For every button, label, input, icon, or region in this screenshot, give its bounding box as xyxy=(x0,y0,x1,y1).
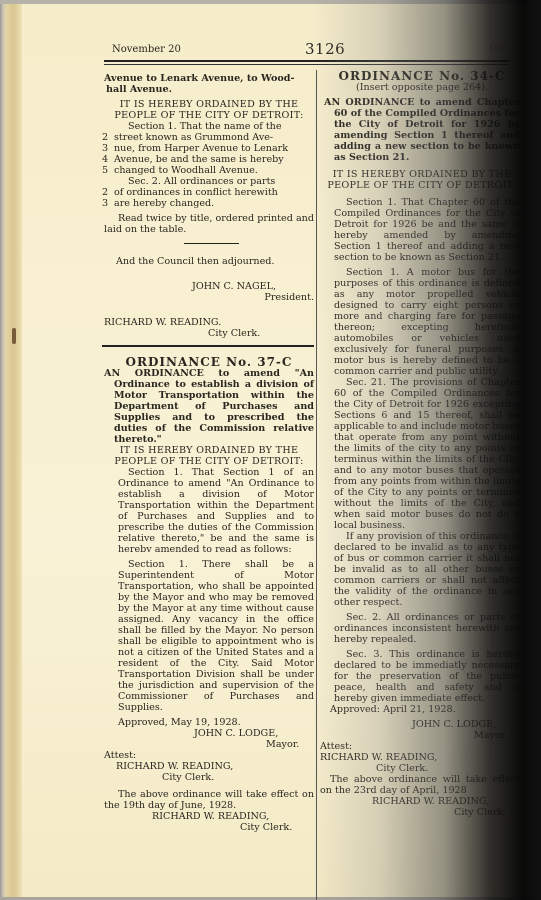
clerk-name: RICHARD W. READING. xyxy=(104,317,314,328)
enacting-clause-line-1: IT IS HEREBY ORDAINED BY THE xyxy=(104,99,314,110)
adjourned-text: And the Council then adjourned. xyxy=(104,256,314,267)
enacting-clause-line-2: PEOPLE OF THE CITY OF DETROIT: xyxy=(104,110,314,121)
line-number: 2 xyxy=(102,187,108,198)
clerk-title: City Clerk. xyxy=(104,328,314,339)
book-binding-edge xyxy=(0,0,22,900)
ordinance-37c-section1-amend: Section 1. That Section 1 of an Ordinanc… xyxy=(104,467,314,555)
ordinance-37c-title: ORDINANCE No. 37-C xyxy=(104,357,314,368)
left-column: Avenue to Lenark Avenue, to Wood- hall A… xyxy=(104,73,314,833)
ordinance-37c-description: to amend "An Ordinance to establish a di… xyxy=(114,368,314,445)
header-right-mark: 1127 xyxy=(489,44,507,52)
ordinance-34c-attest-name: RICHARD W. READING, xyxy=(320,752,520,763)
right-column: ORDINANCE No. 34-C (Insert opposite page… xyxy=(324,71,520,818)
ordinance-37c-final-clerk-title: City Clerk. xyxy=(104,822,314,833)
ordinance-37c: ORDINANCE No. 37-C AN ORDINANCE to amend… xyxy=(104,357,314,833)
section-1-line: Section 1. That the name of the xyxy=(104,121,314,132)
line-number: 3 xyxy=(102,143,108,154)
president-title: President. xyxy=(104,292,314,303)
ordinance-34c-enacting-clause: IT IS HEREBY ORDAINED BY THE PEOPLE OF T… xyxy=(324,169,520,191)
ordinance-34c-mayor-title: Mayor. xyxy=(324,730,520,741)
section-1-block: Section 1. That the name of the 2street … xyxy=(104,121,314,176)
ordinance-37c-attest-title: City Clerk. xyxy=(104,772,314,783)
section-1-line: Avenue, be and the same is hereby xyxy=(114,154,284,165)
ordinance-34c-attest-title: City Clerk. xyxy=(324,763,520,774)
section-2-line: Sec. 2. All ordinances or parts xyxy=(104,176,314,187)
ordinance-37c-mayor-title: Mayor. xyxy=(104,739,314,750)
continuation-line-1: Avenue to Lenark Avenue, to Wood- xyxy=(104,73,314,84)
ordinance-37c-effect: The above ordinance will take effect on … xyxy=(104,789,314,811)
header-date: November 20 xyxy=(112,44,181,55)
ordinance-34c-section1-text: Section 1. A motor bus for the purposes … xyxy=(324,267,520,377)
section-2-block: Sec. 2. All ordinances or parts 2of ordi… xyxy=(104,176,314,209)
ordinance-34c-title: ORDINANCE No. 34-C xyxy=(324,71,520,82)
ordinance-37c-final-clerk-name: RICHARD W. READING, xyxy=(104,811,314,822)
ordinance-34c-final-clerk-title: City Clerk. xyxy=(324,807,520,818)
ordinance-lead: AN ORDINANCE xyxy=(324,97,414,108)
president-name: JOHN C. NAGEL, xyxy=(104,281,314,292)
ordinance-34c-final-clerk-name: RICHARD W. READING, xyxy=(324,796,520,807)
header-rule-thin xyxy=(104,64,509,65)
line-number: 2 xyxy=(102,132,108,143)
ordinance-34c-sec3-text: Sec. 3. This ordinance is hereby declare… xyxy=(324,649,520,704)
ordinance-37c-enacting-clause: IT IS HEREBY ORDAINED BY THE PEOPLE OF T… xyxy=(104,445,314,467)
ordinance-34c-mayor-name: JOHN C. LODGE, xyxy=(324,719,520,730)
ordinance-34c-severability: If any provision of this ordinance is de… xyxy=(324,531,520,608)
section-2-line: of ordinances in conflict herewith xyxy=(114,187,278,198)
binding-mark xyxy=(12,328,16,344)
line-number: 5 xyxy=(102,165,108,176)
section-divider-full xyxy=(102,345,314,347)
ordinance-34c-sec21-text: Sec. 21. The provisions of Chapter 60 of… xyxy=(324,377,520,531)
ordinance-34c-sec2-text: Sec. 2. All ordinances or parts of ordin… xyxy=(324,612,520,645)
ordinance-37c-section1-text: Section 1. There shall be a Superintende… xyxy=(104,559,314,713)
ordinance-37c-mayor-name: JOHN C. LODGE, xyxy=(104,728,314,739)
ordinance-lead: AN ORDINANCE xyxy=(104,368,204,379)
ordinance-34c: ORDINANCE No. 34-C (Insert opposite page… xyxy=(324,71,520,818)
section-2-line: are hereby changed. xyxy=(114,198,214,209)
section-1-line: nue, from Harper Avenue to Lenark xyxy=(114,143,288,154)
column-divider xyxy=(316,70,317,900)
ordinance-34c-effect: The above ordinance will take effect on … xyxy=(320,774,520,796)
ordinance-37c-attest-name: RICHARD W. READING, xyxy=(104,761,314,772)
line-number: 4 xyxy=(102,154,108,165)
page-header: November 20 3126 1127 xyxy=(112,40,507,62)
ordinance-34c-attest: Attest: xyxy=(320,741,520,752)
section-1-line: street known as Grummond Ave- xyxy=(114,132,273,143)
continuation-line-2: hall Avenue. xyxy=(104,84,314,95)
ordinance-34c-insert-note: (Insert opposite page 264). xyxy=(324,82,520,93)
ordinance-34c-section1-amend: Section 1. That Chapter 60 of the Compil… xyxy=(324,197,520,263)
line-number: 3 xyxy=(102,198,108,209)
ordinance-37c-attest: Attest: xyxy=(104,750,314,761)
ordinance-37c-approved: Approved, May 19, 1928. xyxy=(104,717,314,728)
read-twice-note: Read twice by title, ordered printed and… xyxy=(104,213,314,235)
section-divider-short xyxy=(184,243,239,244)
header-rule-thick xyxy=(104,60,509,62)
page-number: 3126 xyxy=(305,40,345,58)
ordinance-34c-approved: Approved: April 21, 1928. xyxy=(324,704,520,715)
section-1-line: changed to Woodhall Avenue. xyxy=(114,165,258,176)
